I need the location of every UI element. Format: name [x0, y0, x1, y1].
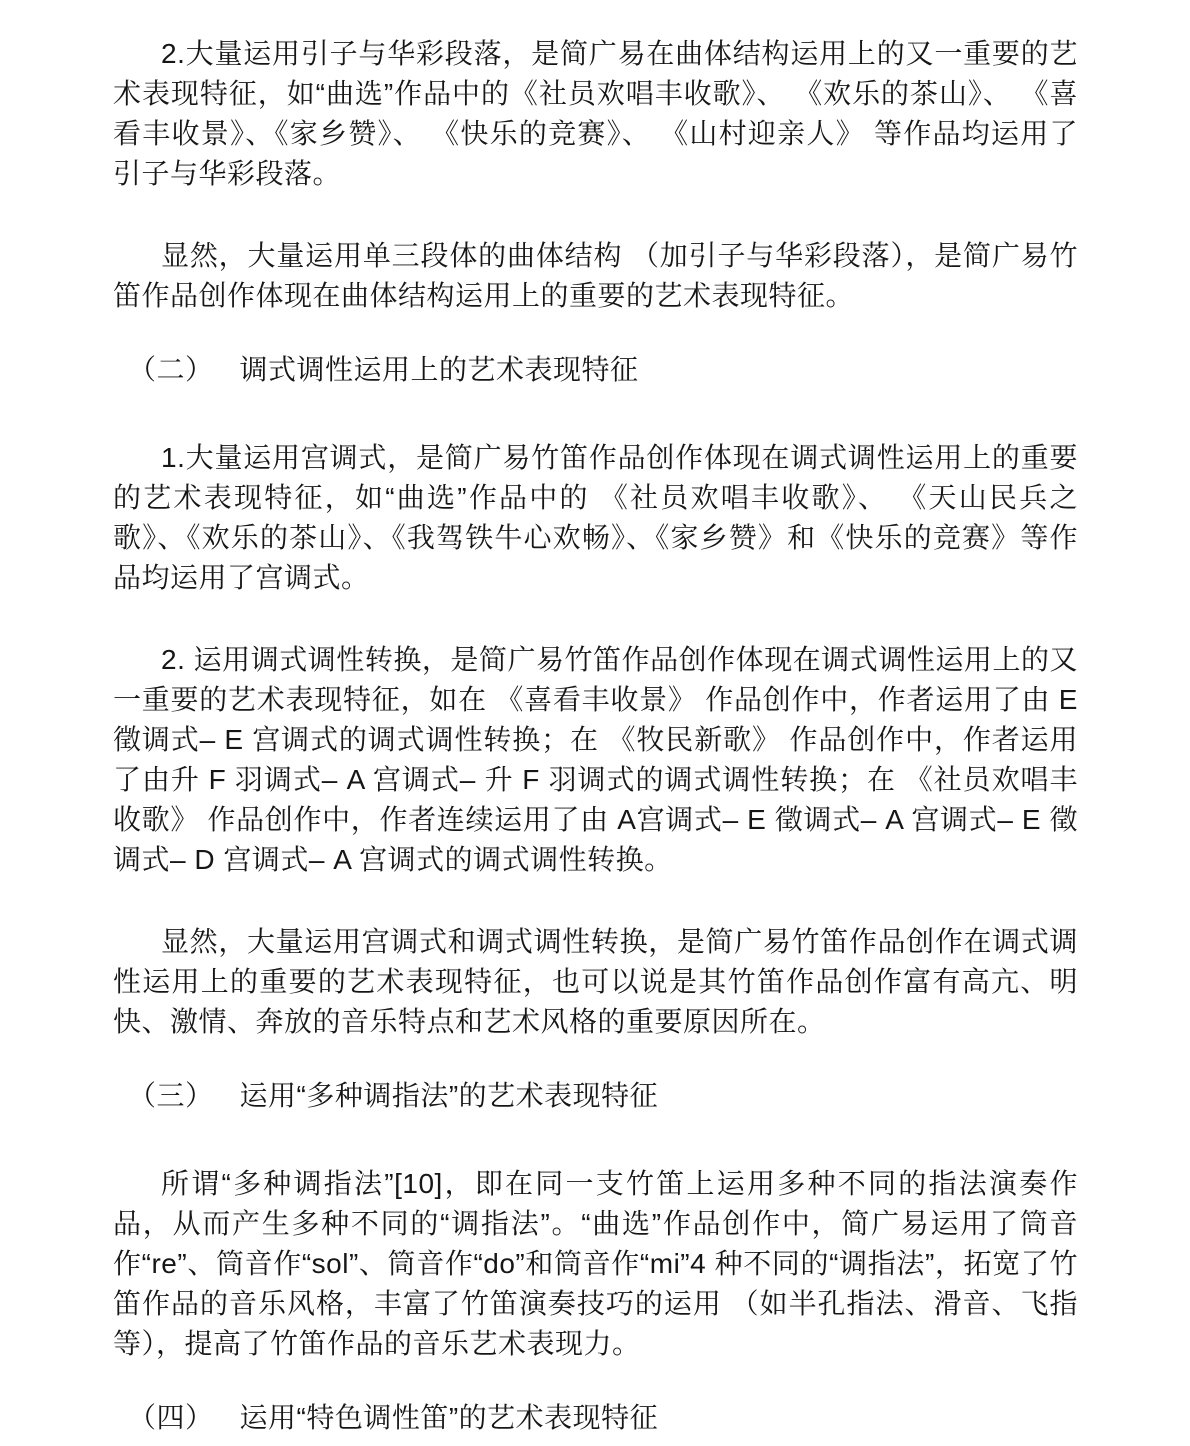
- section-title: 调式调性运用上的艺术表现特征: [240, 354, 639, 385]
- section-number: （二）: [128, 350, 214, 390]
- section-heading-3: （三）运用“多种调指法”的艺术表现特征: [128, 1076, 1078, 1116]
- section-number: （四）: [128, 1398, 214, 1438]
- section-title: 运用“特色调性笛”的艺术表现特征: [240, 1402, 659, 1433]
- paragraph-fingering-methods: 所谓“多种调指法”[10]，即在同一支竹笛上运用多种不同的指法演奏作品，从而产生…: [113, 1164, 1078, 1364]
- document-page: 2.大量运用引子与华彩段落，是简广易在曲体结构运用上的又一重要的艺术表现特征，如…: [0, 0, 1190, 1446]
- paragraph-mode-modulation: 2. 运用调式调性转换，是简广易竹笛作品创作体现在调式调性运用上的又一重要的艺术…: [113, 640, 1078, 880]
- section-title: 运用“多种调指法”的艺术表现特征: [240, 1080, 659, 1111]
- section-number: （三）: [128, 1076, 214, 1116]
- section-heading-2: （二）调式调性运用上的艺术表现特征: [128, 350, 1078, 390]
- paragraph-gong-mode: 1.大量运用宫调式，是简广易竹笛作品创作体现在调式调性运用上的重要的艺术表现特征…: [113, 438, 1078, 598]
- section-heading-4: （四）运用“特色调性笛”的艺术表现特征: [128, 1398, 1078, 1438]
- paragraph-mode-summary: 显然，大量运用宫调式和调式调性转换，是简广易竹笛作品创作在调式调性运用上的重要的…: [113, 922, 1078, 1042]
- paragraph-structure-summary: 显然，大量运用单三段体的曲体结构 （加引子与华彩段落），是简广易竹笛作品创作体现…: [113, 236, 1078, 316]
- paragraph-intro-coda: 2.大量运用引子与华彩段落，是简广易在曲体结构运用上的又一重要的艺术表现特征，如…: [113, 34, 1078, 194]
